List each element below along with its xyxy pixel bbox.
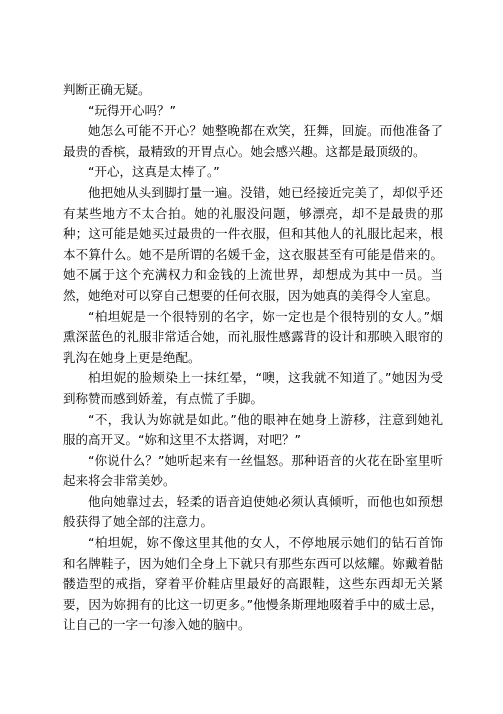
paragraph: “玩得开心吗？” (63, 101, 443, 122)
paragraph: “柏坦妮，妳不像这里其他的女人，不停地展示她们的钻石首饰和名牌鞋子，因为她们全身… (63, 533, 443, 636)
paragraph: 他把她从头到脚打量一遍。没错，她已经接近完美了，却似乎还有某些地方不太合拍。她的… (63, 183, 443, 307)
paragraph: 他向她靠过去，轻柔的语音迫使她必须认真倾听，而他也如预想般获得了她全部的注意力。 (63, 492, 443, 533)
paragraph: 她怎么可能不开心？她整晚都在欢笑，狂舞，回旋。而他准备了最贵的香槟，最精致的开胃… (63, 121, 443, 162)
text-block: 判断正确无疑。“玩得开心吗？”她怎么可能不开心？她整晚都在欢笑，狂舞，回旋。而他… (63, 80, 443, 636)
paragraph: “不，我认为妳就是如此。”他的眼神在她身上游移，注意到她礼服的高开叉。“妳和这里… (63, 410, 443, 451)
paragraph: 判断正确无疑。 (63, 80, 443, 101)
paragraph: 柏坦妮的脸颊染上一抹红晕，“噢，这我就不知道了。”她因为受到称赞而感到娇羞，有点… (63, 368, 443, 409)
paragraph: “柏坦妮是一个很特别的名字，妳一定也是个很特别的女人。”烟熏深蓝色的礼服非常适合… (63, 307, 443, 369)
ebook-page: 判断正确无疑。“玩得开心吗？”她怎么可能不开心？她整晚都在欢笑，狂舞，回旋。而他… (0, 0, 503, 714)
paragraph: “你说什么？”她听起来有一丝愠怒。那种语音的火花在卧室里听起来将会非常美妙。 (63, 451, 443, 492)
paragraph: “开心，这真是太棒了。” (63, 162, 443, 183)
